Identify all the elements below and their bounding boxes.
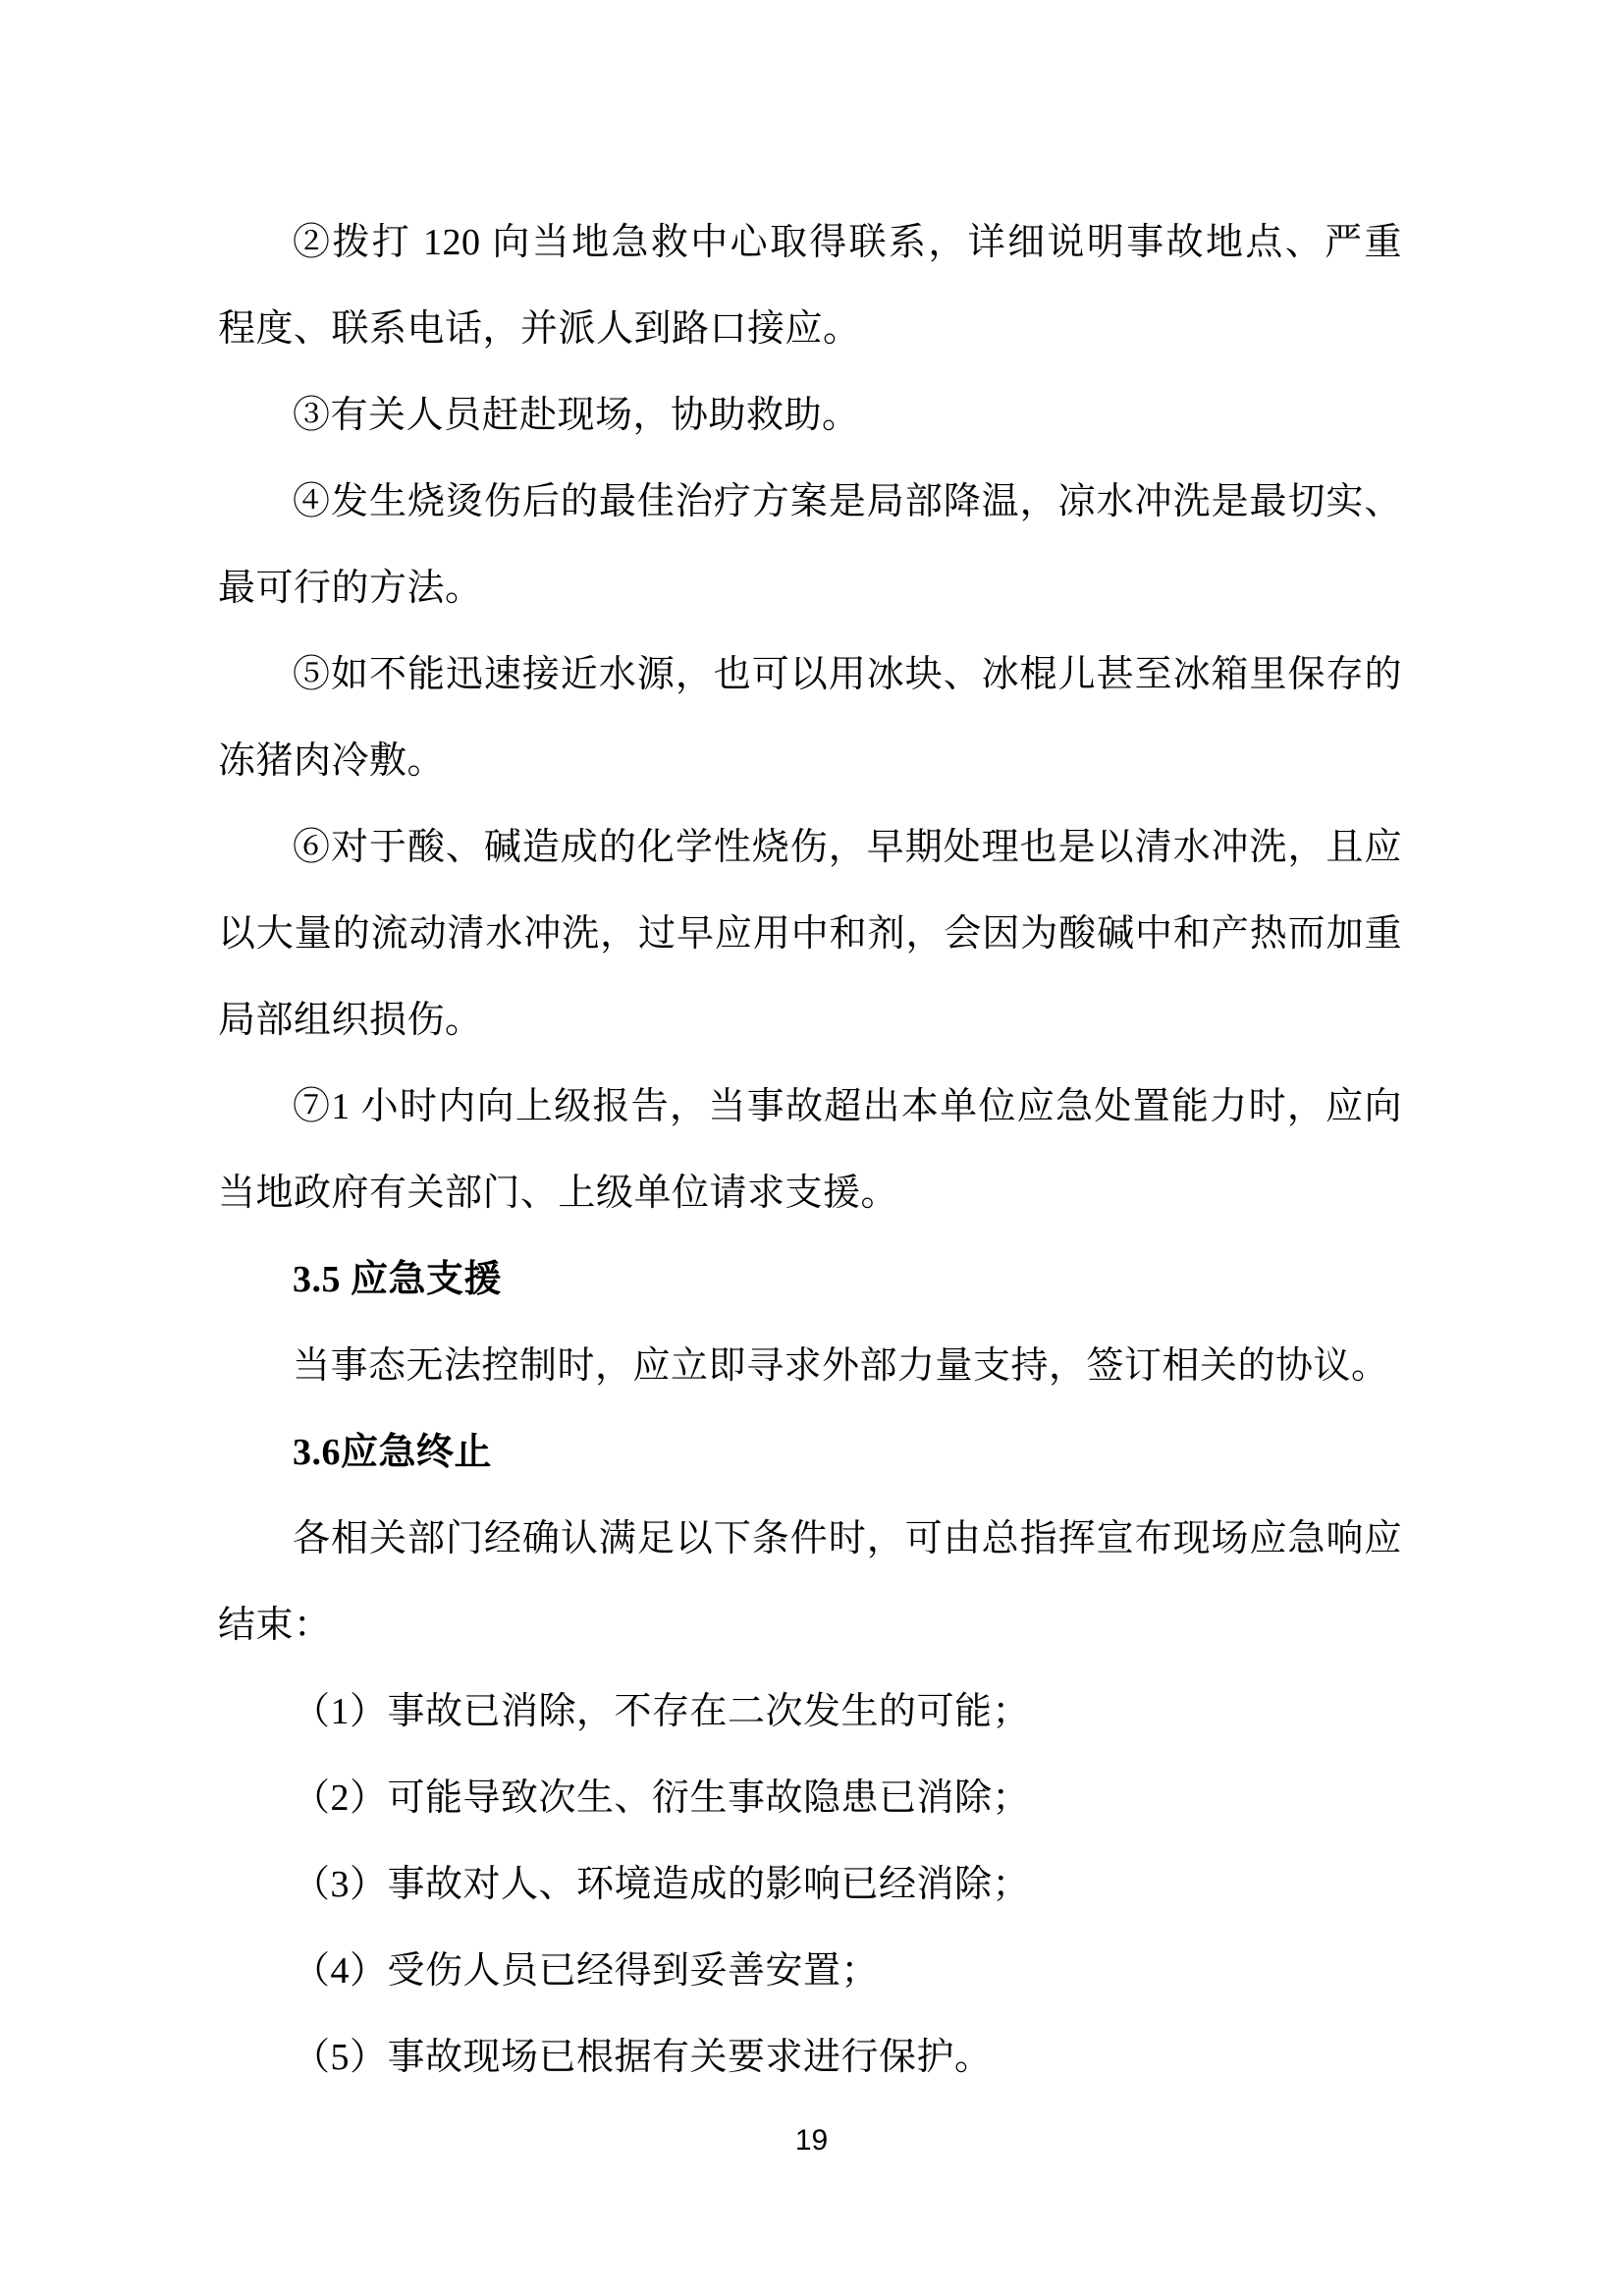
paragraph-line: 结束： [218, 1582, 1402, 1668]
document-page: ②拨打 120 向当地急救中心取得联系，详细说明事故地点、严重 程度、联系电话，… [0, 0, 1623, 2296]
page-number: 19 [0, 2121, 1623, 2160]
paragraph-line: 最可行的方法。 [218, 545, 1402, 631]
paragraph-line: 当事态无法控制时，应立即寻求外部力量支持，签订相关的协议。 [218, 1323, 1402, 1409]
section-heading-3-5: 3.5 应急支援 [218, 1236, 1402, 1323]
list-item: （1）事故已消除，不存在二次发生的可能； [218, 1668, 1402, 1755]
paragraph-line: 以大量的流动清水冲洗，过早应用中和剂，会因为酸碱中和产热而加重 [218, 891, 1402, 977]
document-body: ②拨打 120 向当地急救中心取得联系，详细说明事故地点、严重 程度、联系电话，… [218, 199, 1402, 2101]
list-item: （2）可能导致次生、衍生事故隐患已消除； [218, 1755, 1402, 1841]
list-item: （3）事故对人、环境造成的影响已经消除； [218, 1841, 1402, 1928]
paragraph-line: 程度、联系电话，并派人到路口接应。 [218, 286, 1402, 372]
paragraph-line: ④发生烧烫伤后的最佳治疗方案是局部降温，凉水冲洗是最切实、 [218, 459, 1402, 545]
paragraph-line: ②拨打 120 向当地急救中心取得联系，详细说明事故地点、严重 [218, 199, 1402, 286]
paragraph-line: ⑤如不能迅速接近水源，也可以用冰块、冰棍儿甚至冰箱里保存的 [218, 631, 1402, 718]
paragraph-line: 各相关部门经确认满足以下条件时，可由总指挥宣布现场应急响应 [218, 1496, 1402, 1582]
section-heading-3-6: 3.6应急终止 [218, 1409, 1402, 1496]
paragraph-line: ③有关人员赶赴现场，协助救助。 [218, 372, 1402, 459]
list-item: （4）受伤人员已经得到妥善安置； [218, 1928, 1402, 2014]
list-item: （5）事故现场已根据有关要求进行保护。 [218, 2014, 1402, 2101]
paragraph-line: ⑥对于酸、碱造成的化学性烧伤，早期处理也是以清水冲洗，且应 [218, 804, 1402, 891]
paragraph-line: 冻猪肉冷敷。 [218, 718, 1402, 804]
paragraph-line: 局部组织损伤。 [218, 977, 1402, 1064]
paragraph-line: 当地政府有关部门、上级单位请求支援。 [218, 1150, 1402, 1236]
paragraph-line: ⑦1 小时内向上级报告，当事故超出本单位应急处置能力时，应向 [218, 1064, 1402, 1150]
